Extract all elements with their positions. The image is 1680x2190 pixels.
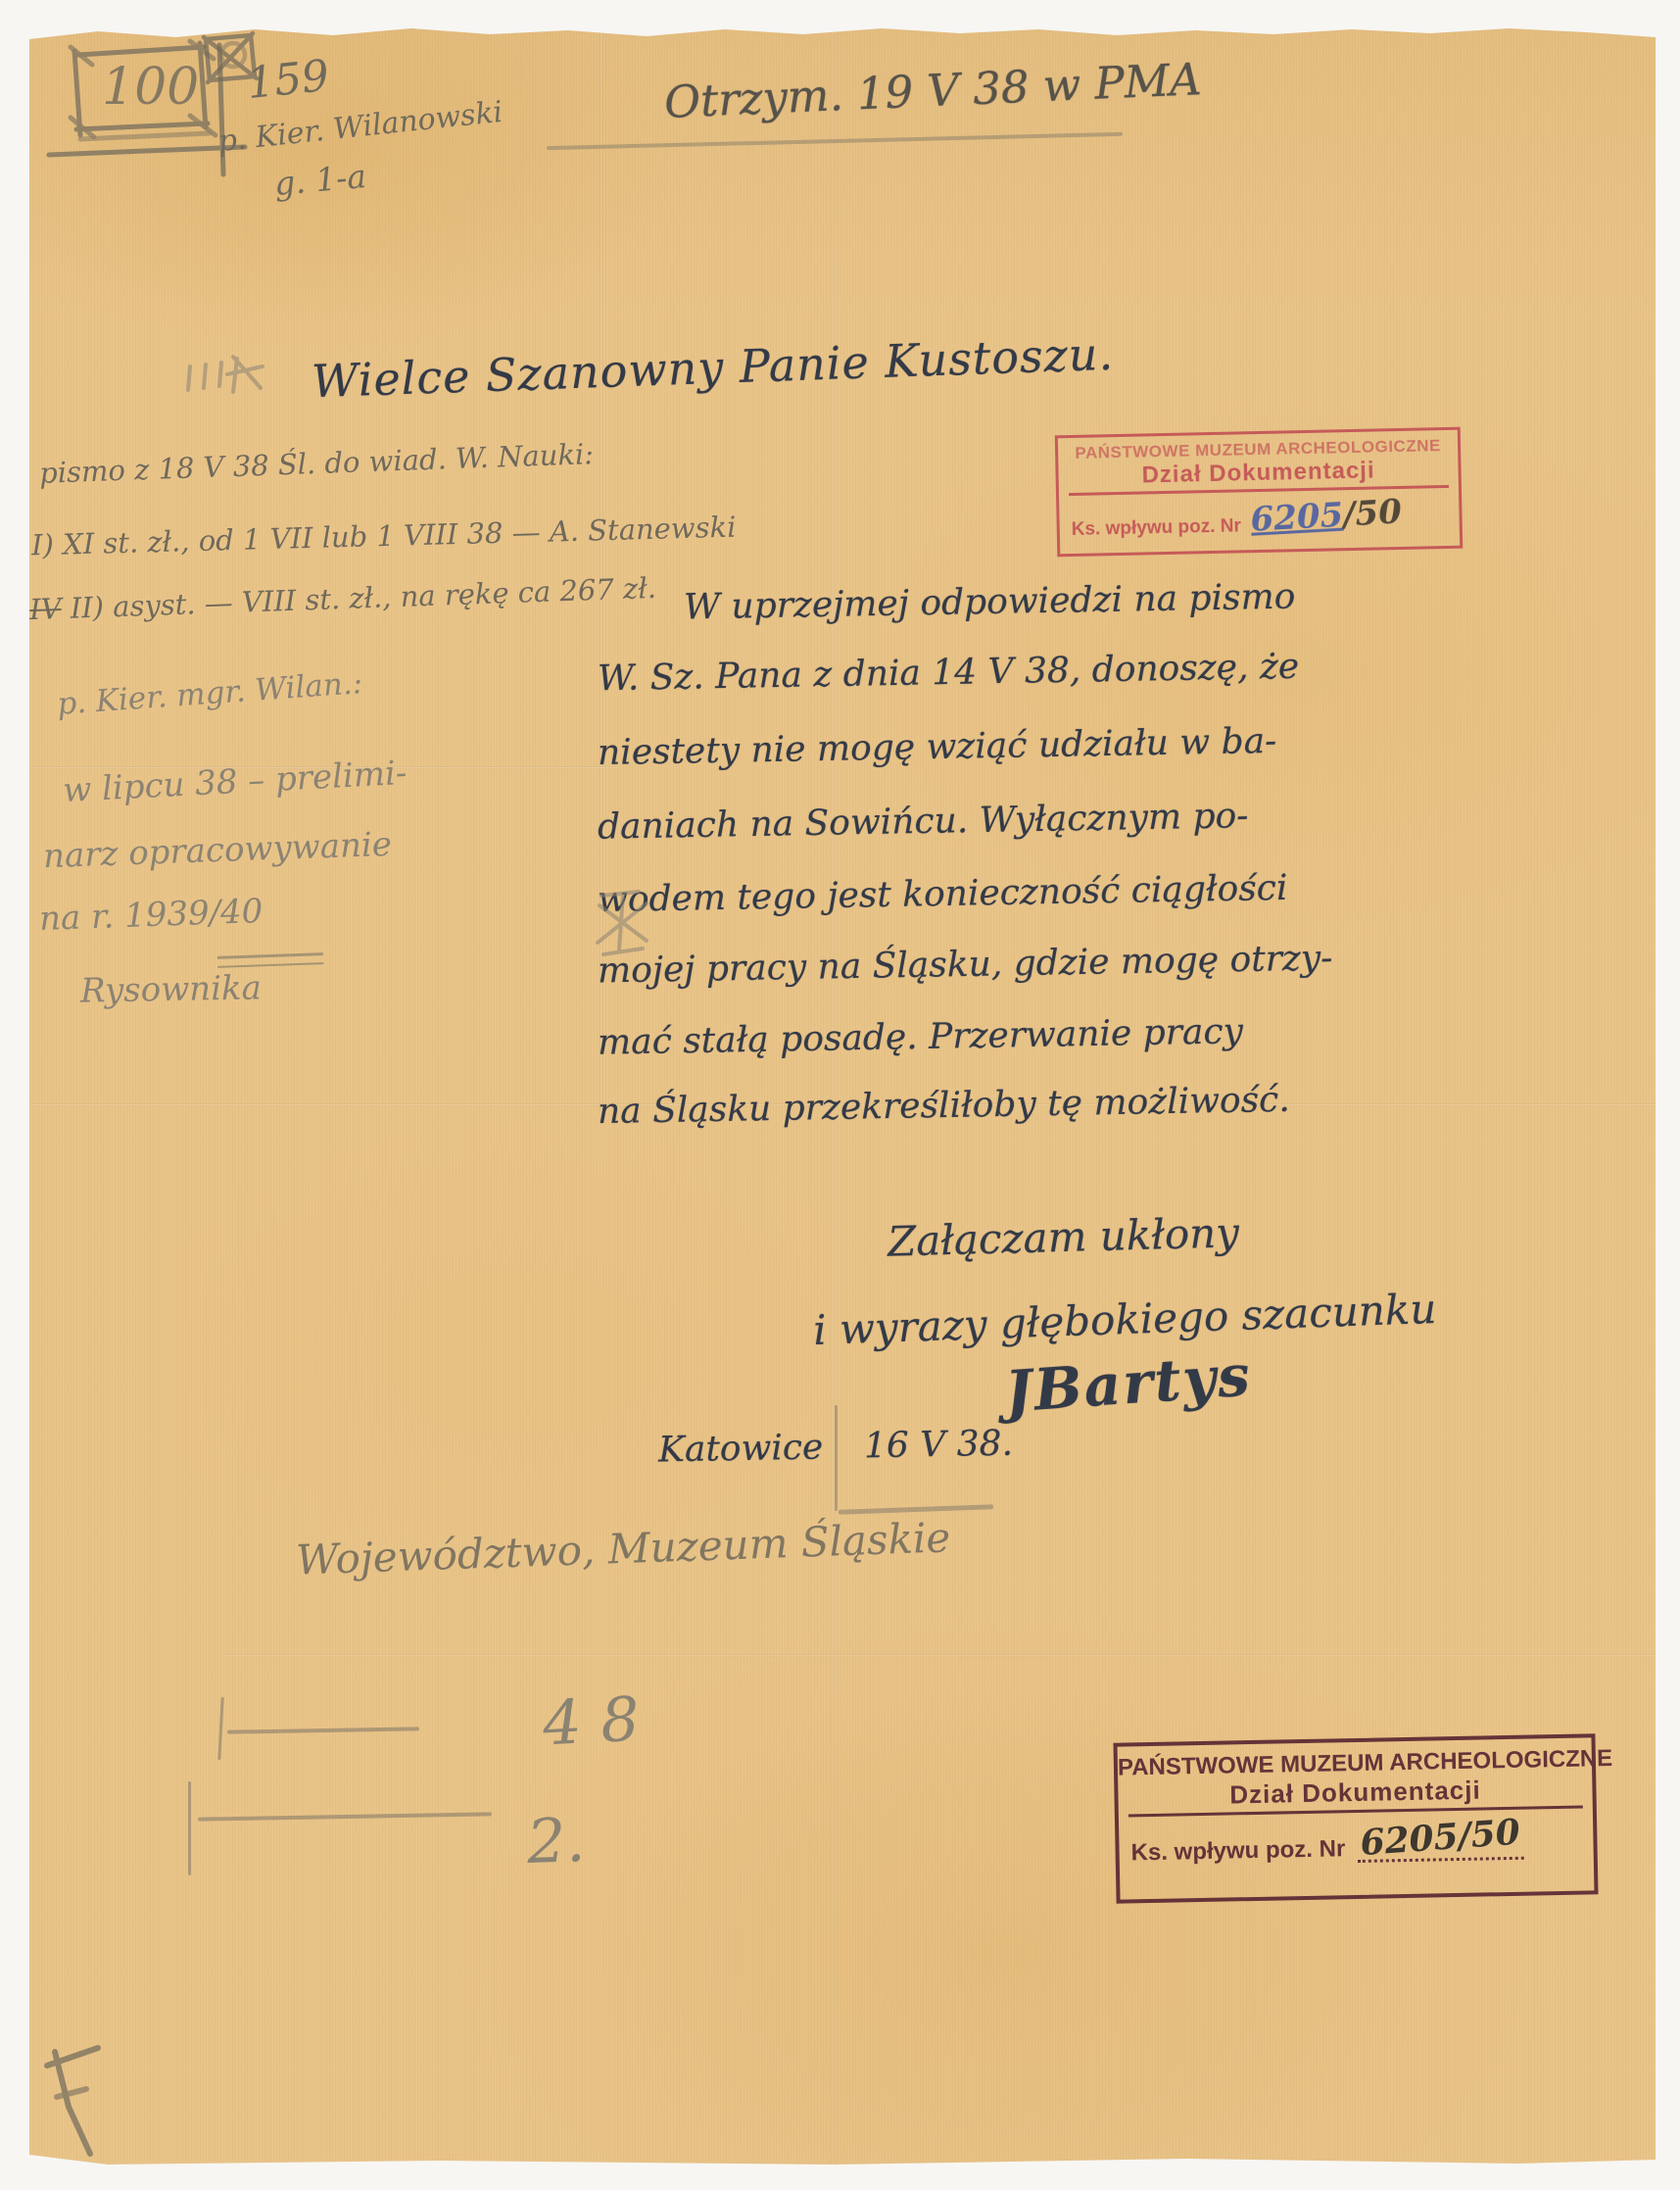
frame-number: 100 [102, 58, 199, 117]
body-line: daniach na Sowińcu. Wyłącznym po- [598, 796, 1249, 848]
date: 16 V 38. [864, 1424, 1014, 1467]
stamp-violet: PAŃSTWOWE MUZEUM ARCHEOLOGICZNE Dział Do… [1113, 1733, 1598, 1903]
body-line: W. Sz. Pana z dnia 14 V 38, donoszę, że [598, 647, 1300, 699]
margin-note-3-text: II) asyst. — VIII st. zł., na rękę ca 26… [61, 571, 656, 625]
body-line: na Śląsku przekreśliłoby tę możliwość. [598, 1080, 1290, 1132]
side-note-4: na r. 1939/40 [38, 892, 264, 939]
body-line: niestety nie mogę wziąć udziału w ba- [598, 721, 1277, 773]
closing-line-2: i wyrazy głębokiego szacunku [812, 1285, 1437, 1354]
side-note-5: Rysownika [80, 968, 263, 1010]
received-note: Otrzym. 19 V 38 w PMA [663, 53, 1202, 128]
stamp-red-number-blue: 6205 [1250, 496, 1345, 540]
body-line: W uprzejmej odpowiedzi na pismo [684, 577, 1296, 628]
date-bracket-vertical [835, 1405, 838, 1511]
margin-note-2: I) XI st. zł., od 1 VII lub 1 VIII 38 — … [31, 511, 737, 562]
pencil-tick-1 [217, 1697, 223, 1760]
bottom-number-2: 2. [526, 1804, 587, 1877]
body-line: mać stałą posadę. Przerwanie pracy [598, 1011, 1244, 1062]
stamp-violet-register-label: Ks. wpływu poz. Nr [1130, 1835, 1345, 1867]
body-line: wodem tego jest konieczność ciągłości [598, 868, 1288, 920]
pencil-line-2 [198, 1812, 492, 1821]
g-note: g. 1-a [272, 157, 367, 203]
place: Katowice [658, 1428, 824, 1471]
pencil-tick-2 [188, 1781, 191, 1875]
crossed-asterisk-mark [590, 888, 658, 958]
org-note: Województwo, Muzeum Śląskie [295, 1513, 951, 1583]
signature: JBartys [1003, 1341, 1254, 1425]
stamp-violet-number: 6205/50 [1359, 1812, 1521, 1865]
corner-pencil-mark [35, 2038, 123, 2166]
side-note-double-underline [217, 952, 323, 968]
document-scan: 100 159 p. Kier. Wilanowski g. 1-a Otrzy… [0, 0, 1680, 2190]
letter-page: 100 159 p. Kier. Wilanowski g. 1-a Otrzy… [29, 25, 1656, 2167]
margin-note-3: IV II) asyst. — VIII st. zł., na rękę ca… [29, 571, 657, 626]
received-underline-stroke [547, 132, 1123, 150]
salutation: Wielce Szanowny Panie Kustoszu. [311, 327, 1115, 409]
tally-mark [176, 347, 274, 412]
closing-line-1: Załączam ukłony [887, 1208, 1239, 1265]
stamp-red: PAŃSTWOWE MUZEUM ARCHEOLOGICZNE Dział Do… [1055, 427, 1464, 558]
date-bracket-horizontal [839, 1504, 993, 1515]
bottom-number-1: 4 8 [541, 1682, 641, 1759]
stamp-red-number-dark: /50 [1342, 492, 1403, 534]
margin-note-3-struck: IV [29, 592, 63, 626]
body-line: mojej pracy na Śląsku, gdzie mogę otrzy- [598, 938, 1333, 991]
margin-note-1: pismo z 18 V 38 Śl. do wiad. W. Nauki: [39, 437, 595, 490]
stamp-red-register-label: Ks. wpływu poz. Nr [1072, 515, 1242, 541]
fold-crease-horizontal-lower [225, 1654, 1656, 1657]
side-note-1: p. Kier. mgr. Wilan.: [56, 665, 363, 722]
side-note-2: w lipcu 38 – prelimi- [62, 754, 408, 810]
register-number: 159 [245, 51, 332, 109]
side-note-3: narz opracowywanie [42, 825, 392, 876]
pencil-line-1 [227, 1727, 419, 1733]
